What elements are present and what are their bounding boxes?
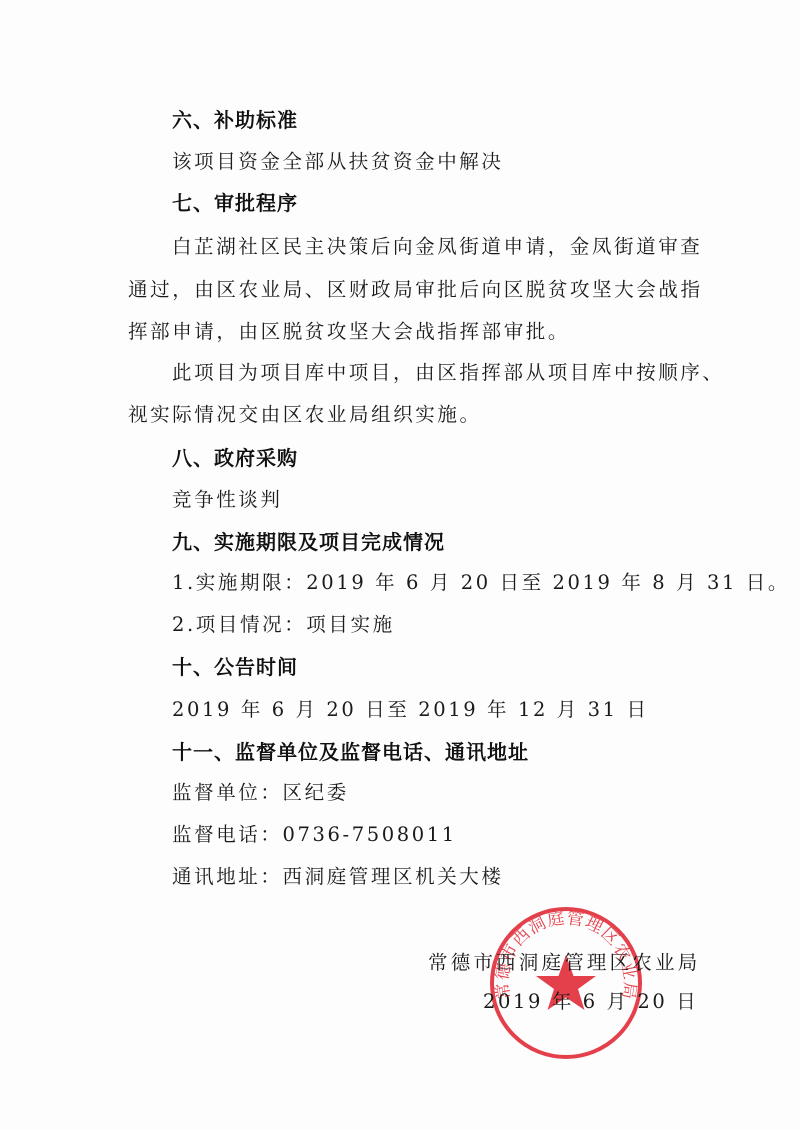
official-seal: 常德市西洞庭管理区农业局 (488, 905, 644, 1061)
section-heading-ten: 十、公告时间 (172, 652, 298, 682)
approval-paragraph-2-line-2: 视实际情况交由区农业局组织实施。 (128, 400, 482, 430)
approval-paragraph-1-line-2: 通过，由区农业局、区财政局审批后向区脱贫攻坚大会战指 (128, 275, 703, 305)
signature-organization: 常德市西洞庭管理区农业局 (428, 948, 700, 978)
approval-paragraph-2-line-1: 此项目为项目库中项目，由区指挥部从项目库中按顺序、 (172, 358, 725, 388)
signature-date: 2019 年 6 月 20 日 (483, 987, 698, 1017)
section-heading-eleven: 十一、监督单位及监督电话、通讯地址 (172, 737, 529, 767)
supervisor-phone: 监督电话：0736-7508011 (172, 820, 457, 850)
implementation-period: 1.实施期限：2019 年 6 月 20 日至 2019 年 8 月 31 日。 (172, 568, 790, 598)
section-heading-eight: 八、政府采购 (172, 443, 298, 473)
section-heading-six: 六、补助标准 (172, 105, 298, 135)
project-status: 2.项目情况：项目实施 (172, 610, 395, 640)
supervisor-unit: 监督单位：区纪委 (172, 778, 349, 808)
approval-paragraph-1-line-1: 白芷湖社区民主决策后向金凤街道申请，金凤街道审查 (172, 232, 702, 262)
document-page: 六、补助标准 该项目资金全部从扶贫资金中解决 七、审批程序 白芷湖社区民主决策后… (0, 0, 800, 1130)
procurement-text: 竞争性谈判 (172, 485, 283, 515)
mailing-address: 通讯地址：西洞庭管理区机关大楼 (172, 862, 504, 892)
subsidy-text: 该项目资金全部从扶贫资金中解决 (172, 147, 504, 177)
section-heading-seven: 七、审批程序 (172, 188, 298, 218)
notice-time: 2019 年 6 月 20 日至 2019 年 12 月 31 日 (172, 695, 649, 725)
approval-paragraph-1-line-3: 挥部申请，由区脱贫攻坚大会战指挥部审批。 (128, 317, 570, 347)
section-heading-nine: 九、实施期限及项目完成情况 (172, 527, 445, 557)
